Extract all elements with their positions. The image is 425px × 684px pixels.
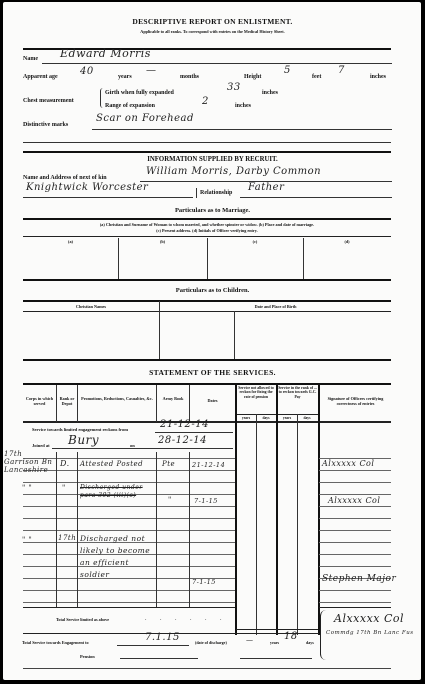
underline	[52, 448, 233, 449]
marriage-heading: Particulars as to Marriage.	[0, 207, 425, 214]
height-label: Height	[244, 74, 261, 80]
divider	[23, 668, 391, 669]
height-inches-value: 7	[338, 65, 345, 76]
col-divider	[159, 301, 160, 359]
row3-corps: " "	[22, 536, 32, 544]
limited-value: 21-12-14	[160, 419, 209, 430]
row2-promotions: Discharged under para 392 (iii)(c)	[80, 484, 156, 500]
col-divider	[156, 452, 157, 607]
name-underline	[42, 63, 392, 64]
months-label: months	[180, 74, 199, 80]
name-value: Edward Morris	[60, 47, 151, 60]
col-divider	[234, 311, 235, 359]
row1-promotions: Attested Posted	[80, 460, 143, 468]
rule	[23, 518, 235, 519]
col-divider	[118, 238, 119, 280]
name-label: Name	[23, 56, 38, 62]
divider	[236, 629, 318, 630]
col-divider	[156, 385, 157, 422]
rule	[23, 470, 235, 471]
underline	[155, 432, 233, 433]
divider	[23, 300, 391, 302]
rule	[319, 470, 391, 471]
marriage-col-d: (d)	[303, 239, 391, 244]
row3-date: 7-1-15	[192, 578, 216, 586]
form-subtitle: Applicable to all ranks. To correspond w…	[0, 29, 425, 34]
row3-signature: Stephen Major	[322, 574, 396, 584]
services-heading: STATEMENT OF THE SERVICES.	[0, 368, 425, 377]
joined-date: 28-12-14	[158, 435, 207, 446]
form-title: DESCRIPTIVE REPORT ON ENLISTMENT.	[0, 17, 425, 26]
row2-rank: "	[62, 484, 66, 492]
relationship-underline	[240, 197, 392, 198]
joined-place: Bury	[68, 433, 99, 447]
rule	[23, 590, 235, 591]
rule	[23, 602, 235, 603]
marks-underline	[92, 129, 392, 130]
range-unit: inches	[235, 103, 251, 109]
col-army-book: Army Book	[157, 396, 189, 401]
rule	[23, 458, 235, 459]
col-divider	[56, 385, 57, 422]
col-divider	[189, 385, 190, 422]
row2-signature: Alxxxxx Col	[328, 496, 380, 505]
children-col-names: Christian Names	[23, 304, 159, 309]
relationship-value: Father	[248, 182, 284, 193]
joined-label: Joined at	[32, 443, 50, 448]
col-signature: Signature of Officers certifying correct…	[320, 396, 391, 406]
marriage-note-2: (c) Present address. (d) Initials of Off…	[23, 228, 391, 233]
girth-label: Girth when fully expanded	[105, 90, 174, 96]
kin-line-1: William Morris, Darby Common	[146, 166, 321, 177]
divider	[23, 151, 391, 153]
divider	[23, 359, 391, 361]
apparent-age-label: Apparent age	[23, 74, 58, 80]
discharge-label: (date of discharge)	[195, 640, 227, 645]
rule	[319, 518, 391, 519]
age-months-value: —	[146, 65, 157, 76]
divider	[23, 311, 391, 312]
discharge-days: 18	[284, 631, 298, 642]
girth-value: 33	[227, 82, 241, 93]
rule	[319, 590, 391, 591]
row2-date: 7-1-15	[194, 497, 218, 505]
rule	[319, 506, 391, 507]
col-divider	[56, 452, 57, 607]
col-rank: Rank or Depot	[57, 396, 77, 406]
col-divider	[189, 452, 190, 607]
col-divider	[235, 385, 237, 635]
marks-underline-2	[23, 142, 391, 143]
marriage-col-a: (a)	[23, 239, 118, 244]
marriage-col-b: (b)	[118, 239, 207, 244]
divider	[23, 218, 391, 220]
col-divider	[77, 452, 78, 607]
final-signature: Alxxxxx Col	[334, 612, 404, 625]
final-signature-sub: Commdg 17th Bn Lanc Fus	[326, 630, 414, 636]
relationship-label: Relationship	[200, 190, 232, 196]
col-divider	[256, 414, 257, 635]
kin-underline-2	[23, 197, 193, 198]
col-divider	[297, 414, 298, 635]
limited-label: Service towards limited engagement recko…	[32, 427, 128, 432]
col-divider	[318, 385, 320, 635]
chest-label: Chest measurement	[23, 98, 74, 104]
kin-label: Name and Address of next of kin	[23, 175, 107, 181]
children-col-birth: Date and Place of Birth	[160, 304, 391, 309]
height-feet-value: 5	[284, 65, 291, 76]
years-label: years	[118, 74, 132, 80]
divider	[319, 607, 391, 608]
row1-book: Pte	[162, 460, 175, 468]
row3-rank: 17th	[58, 534, 76, 542]
pension-label: Pension	[80, 654, 95, 659]
separator	[196, 188, 197, 198]
marriage-col-c: (c)	[207, 239, 303, 244]
rule	[319, 566, 391, 567]
marriage-note-1: (a) Christian and Surname of Woman to wh…	[23, 222, 391, 227]
rule	[319, 602, 391, 603]
divider	[23, 279, 391, 281]
col-reckon: Service in the rank of ... to reckon tow…	[277, 386, 318, 399]
divider	[23, 607, 235, 608]
inches-label: inches	[370, 74, 386, 80]
total-towards-label: Total Service towards Engagement to	[22, 640, 89, 645]
marks-value: Scar on Forehead	[96, 113, 194, 124]
divider	[23, 236, 391, 237]
rule	[319, 530, 391, 531]
recruit-info-heading: INFORMATION SUPPLIED BY RECRUIT.	[0, 156, 425, 163]
underline	[240, 658, 312, 659]
rule	[319, 542, 391, 543]
col-dates: Dates	[190, 398, 235, 403]
age-years-value: 40	[80, 66, 94, 77]
rule	[23, 506, 235, 507]
col-divider	[207, 238, 208, 280]
children-heading: Particulars as to Children.	[0, 287, 425, 294]
underline	[117, 645, 189, 646]
feet-label: feet	[312, 74, 321, 80]
discharge-years-label: years	[270, 640, 279, 645]
row2-book: "	[168, 496, 172, 504]
row2-corps: " "	[22, 484, 32, 492]
discharge-days-label: days	[306, 640, 314, 645]
divider	[23, 383, 391, 385]
dots: . . . . . .	[145, 616, 228, 622]
row1-rank: D.	[60, 459, 70, 468]
row1-corps: 17th Garrison Bn Lancashire	[4, 450, 54, 474]
col-divider	[303, 238, 304, 280]
total-towards-value: 7.1.15	[145, 632, 180, 643]
row1-signature: Alxxxxx Col	[322, 459, 374, 468]
range-value: 2	[202, 96, 209, 107]
underline	[120, 658, 198, 659]
row3-promotions: Discharged not likely to become an effic…	[80, 533, 156, 581]
col-divider	[276, 385, 278, 635]
marks-label: Distinctive marks	[23, 122, 68, 128]
total-shown-label: Total Service limited as above	[56, 617, 109, 622]
rule	[23, 482, 235, 483]
rule	[319, 554, 391, 555]
col-corps: Corps in which served	[23, 396, 56, 406]
row1-date: 21-12-14	[192, 461, 225, 469]
col-divider	[77, 385, 78, 422]
discharge-years: —	[246, 636, 254, 644]
girth-unit: inches	[262, 90, 278, 96]
range-label: Range of expansion	[105, 103, 155, 109]
kin-line-2: Knightwick Worcester	[26, 182, 148, 193]
col-not-allowed: Service not allowed to reckon for fixing…	[236, 386, 276, 399]
col-promotions: Promotions, Reductions, Casualties, &c.	[78, 396, 156, 401]
rule	[319, 482, 391, 483]
rule	[319, 494, 391, 495]
rule	[23, 530, 235, 531]
